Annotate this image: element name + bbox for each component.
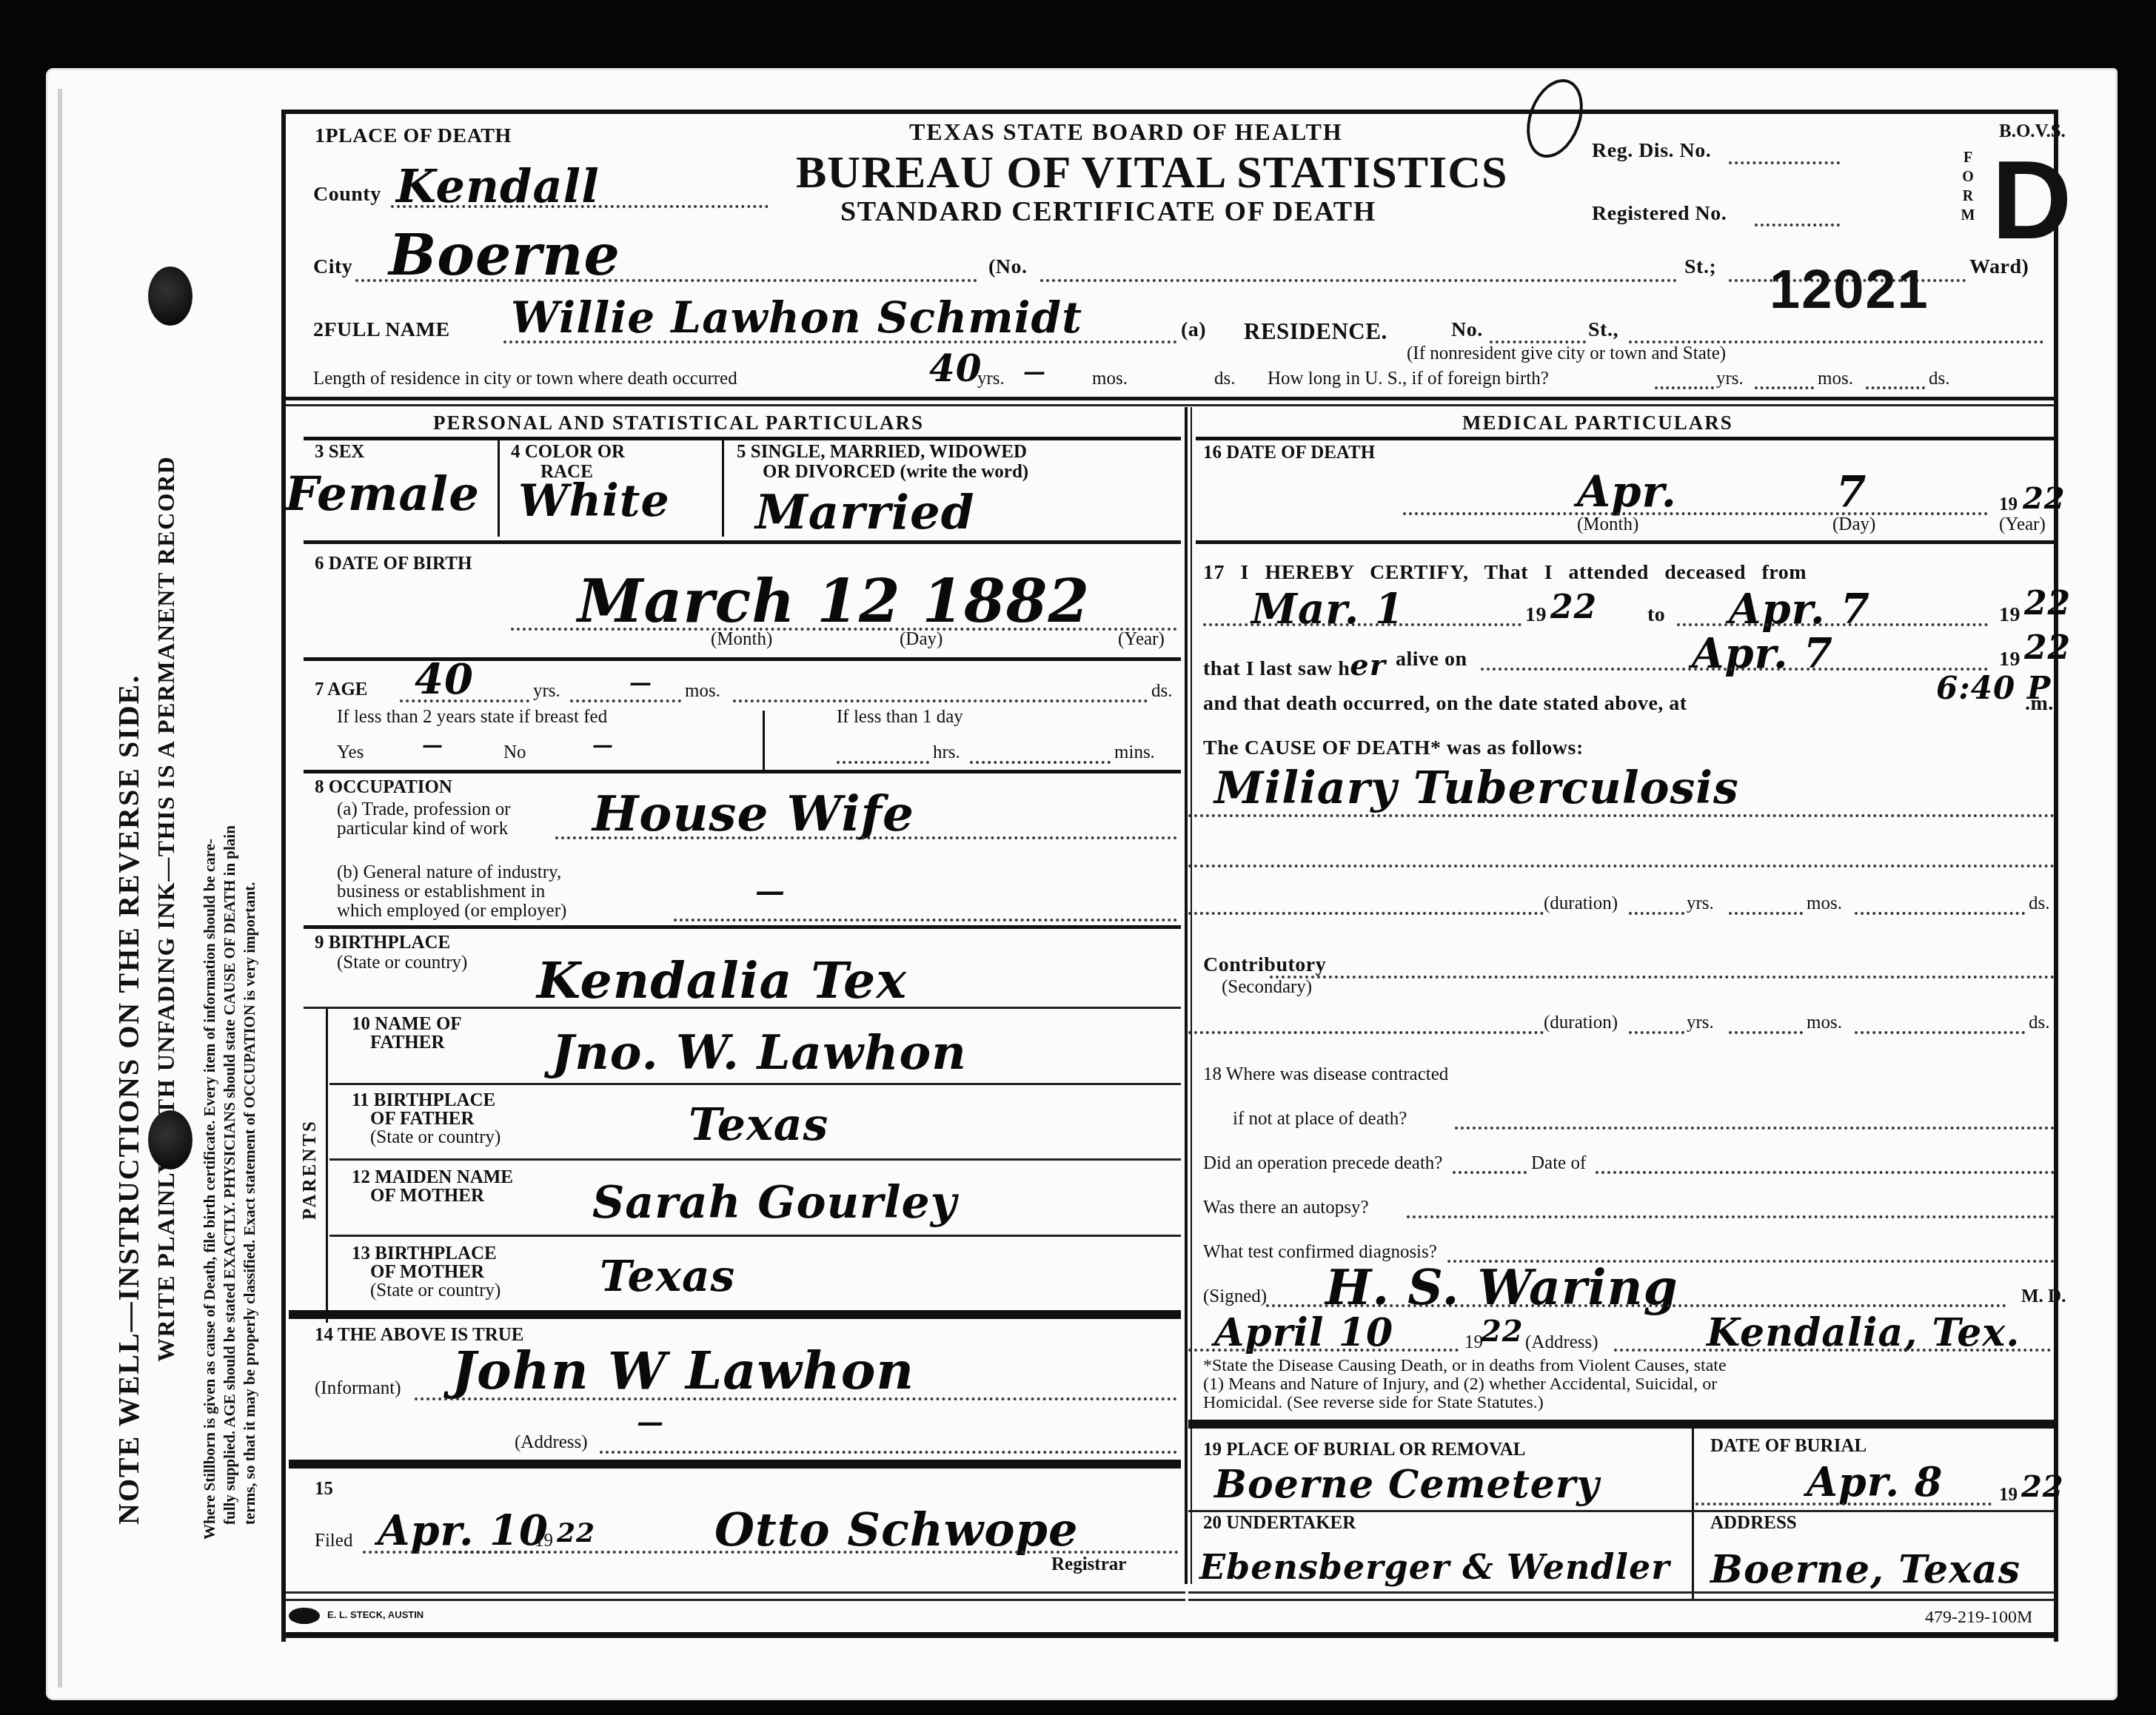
father-name-label: 10 NAME OF <box>352 1014 462 1035</box>
section-rule <box>1188 1420 2055 1429</box>
breast-fed-no-label: No <box>503 742 526 763</box>
burial-place-value[interactable]: Boerne Cemetery <box>1214 1462 1599 1507</box>
marital-status-value[interactable]: Married <box>755 485 975 540</box>
nonresident-note: (If nonresident give city or town and St… <box>1407 343 1726 364</box>
registrar-label: Registrar <box>1051 1554 1126 1575</box>
death-year-label: (Year) <box>1999 514 2046 535</box>
signature-line <box>1266 1304 2006 1307</box>
operation-field[interactable] <box>1453 1171 1527 1174</box>
column-divider <box>1185 407 1188 1584</box>
occupation-line <box>555 836 1177 839</box>
color-label: 4 COLOR OR <box>511 442 625 463</box>
parents-label: PARENTS <box>300 1119 321 1220</box>
last-saw-text: that I last saw h <box>1203 657 1350 680</box>
mins-label: mins. <box>1114 742 1155 763</box>
county-field-line <box>391 205 769 208</box>
filed-year-prefix: 19 <box>535 1531 553 1551</box>
industry-label-3: which employed (or employer) <box>337 901 566 922</box>
burial-place-label: 19 PLACE OF BURIAL OR REMOVAL <box>1203 1440 1525 1460</box>
registrar-line <box>453 1551 1179 1554</box>
duration-label: (duration) <box>1544 893 1618 914</box>
place-of-death-label: 1PLACE OF DEATH <box>315 124 512 148</box>
mother-birthplace-label-2: OF MOTHER <box>370 1262 484 1283</box>
dob-day-label: (Day) <box>900 629 943 650</box>
burial-year-value[interactable]: 22 <box>2021 1469 2064 1504</box>
mos-label: mos. <box>1092 369 1128 389</box>
section-rule <box>289 1460 1181 1469</box>
contrib-ds-field[interactable] <box>1855 1031 2025 1034</box>
informant-label: (Informant) <box>315 1378 401 1399</box>
full-name-field-line <box>503 340 1177 343</box>
hrs-field[interactable] <box>837 761 929 764</box>
death-month-label: (Month) <box>1577 514 1638 535</box>
father-birthplace-value[interactable]: Texas <box>689 1099 828 1151</box>
foreign-ds-label: ds. <box>1929 369 1949 389</box>
row-rule <box>329 1158 1181 1161</box>
occupation-label: 8 OCCUPATION <box>315 777 452 798</box>
breast-fed-yes-value[interactable]: — <box>422 733 443 757</box>
undertaker-label: 20 UNDERTAKER <box>1203 1513 1356 1534</box>
row-rule <box>329 1083 1181 1085</box>
physician-address-label: (Address) <box>1525 1332 1598 1353</box>
signed-year-value[interactable]: 22 <box>1481 1314 1524 1349</box>
birthplace-value[interactable]: Kendalia Tex <box>537 951 907 1010</box>
undertaker-value[interactable]: Ebensberger & Wendler <box>1199 1547 1670 1587</box>
death-year-prefix: 19 <box>1999 494 2018 515</box>
mins-field[interactable] <box>970 761 1111 764</box>
county-label: County <box>313 183 381 207</box>
color-divider <box>722 440 724 537</box>
attended-to-year-prefix: 19 <box>1999 603 2021 627</box>
death-month-value[interactable]: Apr. <box>1577 466 1677 517</box>
foreign-yrs-field[interactable] <box>1655 386 1714 389</box>
printer-logo-icon <box>289 1608 320 1624</box>
mother-name-value[interactable]: Sarah Gourley <box>592 1177 957 1229</box>
margin-instructions-1: Where Stillborn is given as cause of Dea… <box>200 839 219 1540</box>
breast-fed-yes-label: Yes <box>337 742 364 763</box>
row-rule <box>304 1007 1181 1009</box>
mother-birthplace-value[interactable]: Texas <box>600 1251 735 1301</box>
foreign-mos-field[interactable] <box>1755 386 1814 389</box>
duration-mos-label: mos. <box>1807 893 1842 914</box>
attended-from-year[interactable]: 22 <box>1550 588 1597 626</box>
contrib-mos-field[interactable] <box>1729 1031 1803 1034</box>
attended-from-line <box>1203 623 1521 626</box>
age-months-value[interactable]: — <box>629 670 652 696</box>
length-residence-years[interactable]: 40 <box>929 346 982 390</box>
sex-label: 3 SEX <box>315 442 364 463</box>
contrib-yrs-field[interactable] <box>1629 1031 1684 1034</box>
burial-divider <box>1692 1429 1694 1599</box>
cause-of-death-label: The CAUSE OF DEATH* was as follows: <box>1203 736 1584 760</box>
breast-fed-label: If less than 2 years state if breast fed <box>337 707 607 728</box>
reg-dis-label: Reg. Dis. No. <box>1592 139 1711 163</box>
personal-section-heading: PERSONAL AND STATISTICAL PARTICULARS <box>433 412 924 434</box>
form-bottom-border <box>281 1632 2058 1638</box>
header-divider <box>286 397 2054 400</box>
name-a-label: (a) <box>1181 318 1206 342</box>
ward-label: Ward) <box>1969 255 2029 279</box>
dob-field-line <box>511 628 1177 631</box>
signed-date-line <box>1188 1349 1459 1352</box>
age-ds-label: ds. <box>1151 681 1172 702</box>
row-rule <box>1196 540 2055 544</box>
dob-label: 6 DATE OF BIRTH <box>315 554 472 574</box>
age-years-value[interactable]: 40 <box>415 655 474 704</box>
duration-ds-label: ds. <box>2029 893 2049 914</box>
attended-to-year[interactable]: 22 <box>2024 585 2071 622</box>
registrar-signature[interactable]: Otto Schwope <box>714 1503 1078 1557</box>
sex-divider <box>498 440 500 537</box>
duration-yrs-field[interactable] <box>1629 912 1684 915</box>
breast-fed-no-value[interactable]: — <box>592 733 614 757</box>
foreign-birth-label: How long in U. S., if of foreign birth? <box>1268 369 1549 389</box>
signed-label: (Signed) <box>1203 1286 1267 1307</box>
informant-address-line <box>600 1451 1177 1454</box>
residence-st-label: St., <box>1588 318 1618 342</box>
date-of-death-label: 16 DATE OF DEATH <box>1203 443 1375 463</box>
age-divider <box>763 711 765 770</box>
row-rule <box>1188 1510 2055 1512</box>
age-yrs-label: yrs. <box>533 681 560 702</box>
mother-birthplace-sub: (State or country) <box>370 1281 500 1301</box>
father-birthplace-sub: (State or country) <box>370 1127 500 1148</box>
alive-on-label: alive on <box>1396 648 1467 671</box>
sex-value[interactable]: Female <box>285 466 480 522</box>
industry-line <box>674 919 1177 922</box>
street-no-label: (No. <box>988 255 1028 279</box>
father-name-value[interactable]: Jno. W. Lawhon <box>552 1025 967 1081</box>
header-divider-2 <box>286 404 2054 406</box>
mother-name-label-2: OF MOTHER <box>370 1186 484 1206</box>
medical-heading-rule <box>1196 437 2055 440</box>
certificate-number-stamp: 12021 <box>1770 258 1929 320</box>
full-name-value[interactable]: Willie Lawhon Schmidt <box>511 292 1082 343</box>
printer-imprint: E. L. STECK, AUSTIN <box>289 1608 423 1624</box>
contrib-duration-label: (duration) <box>1544 1013 1618 1033</box>
informant-line <box>415 1397 1177 1400</box>
attended-to-value[interactable]: Apr. 7 <box>1729 585 1870 634</box>
cause-line-2[interactable] <box>1188 865 2055 867</box>
color-value[interactable]: White <box>518 475 670 527</box>
death-time-label: and that death occurred, on the date sta… <box>1203 692 1687 716</box>
residence-no-label: No. <box>1451 318 1483 342</box>
duration-line <box>1188 912 1544 915</box>
undertaker-address-value[interactable]: Boerne, Texas <box>1710 1547 2021 1592</box>
informant-value[interactable]: John W Lawhon <box>452 1340 914 1401</box>
last-saw-year[interactable]: 22 <box>2024 629 2071 667</box>
contracted-field[interactable] <box>1455 1127 2055 1130</box>
death-time-meridiem: .m. <box>2025 692 2054 716</box>
form-vertical-label: FORM <box>1961 148 1975 225</box>
city-field-line <box>355 279 977 282</box>
reg-dis-field[interactable] <box>1729 161 1840 164</box>
age-mos-line <box>570 699 681 702</box>
burial-year-prefix: 19 <box>1999 1485 2018 1506</box>
contrib-mos-label: mos. <box>1807 1013 1842 1033</box>
autopsy-field[interactable] <box>1407 1215 2055 1218</box>
age-label: 7 AGE <box>315 679 368 700</box>
certify-statement: 17 I HEREBY CERTIFY, That I attended dec… <box>1203 561 1807 585</box>
section-rule <box>289 1310 1181 1319</box>
full-name-label: 2FULL NAME <box>313 318 450 342</box>
age-mos-label: mos. <box>685 681 720 702</box>
attended-to-line <box>1677 623 1988 626</box>
md-label: M. D. <box>2021 1286 2066 1307</box>
punch-hole-bottom <box>148 1110 192 1169</box>
printer-name: E. L. STECK, AUSTIN <box>327 1609 423 1620</box>
bottom-rule <box>286 1591 1185 1594</box>
cause-of-death-value[interactable]: Miliary Tuberculosis <box>1214 762 1739 814</box>
registered-field[interactable] <box>1755 224 1840 226</box>
footnote-line-3: Homicidal. (See reverse side for State S… <box>1203 1393 1544 1413</box>
marital-label: 5 SINGLE, MARRIED, WIDOWED <box>737 442 1027 463</box>
row-rule <box>304 925 1181 929</box>
form-letter: D <box>1992 144 2072 255</box>
undertaker-address-label: ADDRESS <box>1710 1513 1797 1534</box>
form-code: 479-219-100M <box>1925 1608 2032 1628</box>
item-15-label: 15 <box>315 1479 333 1500</box>
filed-date-value[interactable]: Apr. 10 <box>378 1506 549 1555</box>
length-residence-label: Length of residence in city or town wher… <box>313 369 737 389</box>
duration-yrs-label: yrs. <box>1687 893 1714 914</box>
contributory-field[interactable] <box>1270 976 2055 979</box>
dob-month-label: (Month) <box>711 629 772 650</box>
margin-write-plainly: WRITE PLAINLY WITH UNFADING INK—THIS IS … <box>153 456 180 1362</box>
filed-year-value[interactable]: 22 <box>557 1517 595 1548</box>
contracted-label: 18 Where was disease contracted <box>1203 1064 1448 1085</box>
paper-edge <box>58 89 62 1688</box>
foreign-yrs-label: yrs. <box>1716 369 1744 389</box>
margin-instructions-3: terms, so that it may be properly classi… <box>240 882 259 1525</box>
row-rule <box>304 540 1181 544</box>
informant-address-label: (Address) <box>515 1432 588 1453</box>
industry-label-2: business or establishment in <box>337 882 545 902</box>
mother-name-label: 12 MAIDEN NAME <box>352 1167 513 1188</box>
bottom-rule-2 <box>286 1599 1185 1601</box>
less-than-day-label: If less than 1 day <box>837 707 963 728</box>
footnote-line-2: (1) Means and Nature of Injury, and (2) … <box>1203 1375 1717 1395</box>
operation-date-field[interactable] <box>1596 1171 2055 1174</box>
certificate-title: STANDARD CERTIFICATE OF DEATH <box>840 195 1376 228</box>
ds-label: ds. <box>1214 369 1235 389</box>
to-label: to <box>1647 603 1665 627</box>
duration-ds-field[interactable] <box>1855 912 2025 915</box>
street-label: St.; <box>1684 255 1716 279</box>
death-day-label: (Day) <box>1832 514 1875 535</box>
physician-signature[interactable]: H. S. Waring <box>1325 1258 1678 1316</box>
personal-heading-rule <box>304 437 1181 440</box>
contributory-sub: (Secondary) <box>1222 977 1312 998</box>
yrs-label: yrs. <box>977 369 1005 389</box>
operation-label: Did an operation precede death? <box>1203 1153 1442 1174</box>
contrib-duration-line <box>1188 1031 1544 1034</box>
autopsy-label: Was there an autopsy? <box>1203 1198 1369 1218</box>
filed-label: Filed <box>315 1531 352 1551</box>
last-saw-date-value[interactable]: Apr. 7 <box>1692 629 1833 678</box>
father-birthplace-label: 11 BIRTHPLACE <box>352 1090 495 1111</box>
last-saw-year-prefix: 19 <box>1999 648 2021 671</box>
punch-hole-top <box>148 266 192 326</box>
row-rule <box>304 770 1181 773</box>
registered-label: Registered No. <box>1592 202 1727 226</box>
hrs-label: hrs. <box>933 742 960 763</box>
column-divider-2 <box>1191 407 1192 1584</box>
marital-label-2: OR DIVORCED (write the word) <box>763 462 1028 483</box>
occupation-a-label: (a) Trade, profession or <box>337 799 511 820</box>
burial-date-line <box>1695 1503 1992 1506</box>
death-date-line <box>1403 512 1988 515</box>
informant-address-value[interactable]: — <box>637 1406 664 1437</box>
last-saw-pronoun[interactable]: er <box>1350 648 1386 682</box>
board-title: TEXAS STATE BOARD OF HEALTH <box>909 118 1343 146</box>
age-yrs-line <box>400 699 529 702</box>
contrib-yrs-label: yrs. <box>1687 1013 1714 1033</box>
medical-section-heading: MEDICAL PARTICULARS <box>1462 412 1733 434</box>
foreign-ds-field[interactable] <box>1866 386 1925 389</box>
residence-label: RESIDENCE. <box>1244 318 1387 345</box>
father-name-label-2: FATHER <box>370 1033 444 1053</box>
street-no-field[interactable] <box>1040 279 1677 282</box>
burial-date-label: DATE OF BURIAL <box>1710 1436 1867 1457</box>
dob-value[interactable]: March 12 1882 <box>577 566 1090 636</box>
death-year-value[interactable]: 22 <box>2023 481 2066 516</box>
contributory-label: Contributory <box>1203 953 1326 977</box>
city-label: City <box>313 255 352 279</box>
bureau-title: BUREAU OF VITAL STATISTICS <box>796 147 1507 199</box>
death-day-value[interactable]: 7 <box>1836 466 1867 517</box>
attended-from-year-prefix: 19 <box>1525 603 1547 627</box>
contracted-sub: if not at place of death? <box>1233 1109 1407 1130</box>
foreign-mos-label: mos. <box>1818 369 1853 389</box>
cause-line-1 <box>1188 814 2055 817</box>
footnote-line-1: *State the Disease Causing Death, or in … <box>1203 1356 1727 1376</box>
birthplace-sub: (State or country) <box>337 953 467 973</box>
duration-mos-field[interactable] <box>1729 912 1803 915</box>
city-value[interactable]: Boerne <box>389 222 620 288</box>
row-rule <box>329 1235 1181 1237</box>
margin-instructions-2: fully supplied. AGE should be stated EXA… <box>220 825 239 1525</box>
parents-divider <box>326 1008 328 1323</box>
attended-from-value[interactable]: Mar. 1 <box>1251 585 1405 634</box>
industry-label: (b) General nature of industry, <box>337 862 561 883</box>
occupation-value[interactable]: House Wife <box>592 785 914 842</box>
bottom-rule <box>1188 1591 2055 1594</box>
age-ds-field[interactable] <box>733 699 1148 702</box>
margin-note-well: NOTE WELL—INSTRUCTIONS ON THE REVERSE SI… <box>111 674 146 1525</box>
burial-date-value[interactable]: Apr. 8 <box>1807 1458 1943 1506</box>
last-saw-label: that I last saw her <box>1203 648 1386 682</box>
bottom-rule-2 <box>1188 1599 2055 1601</box>
last-saw-line <box>1481 668 1988 671</box>
birthplace-label: 9 BIRTHPLACE <box>315 933 450 953</box>
mother-birthplace-label: 13 BIRTHPLACE <box>352 1244 497 1264</box>
length-residence-months[interactable]: — <box>1023 359 1046 385</box>
dob-year-label: (Year) <box>1118 629 1165 650</box>
occupation-a-label-2: particular kind of work <box>337 819 508 839</box>
physician-address-line <box>1614 1349 2051 1352</box>
operation-date-label: Date of <box>1531 1153 1586 1174</box>
industry-value[interactable]: — <box>755 873 786 908</box>
father-birthplace-label-2: OF FATHER <box>370 1109 475 1130</box>
contrib-ds-label: ds. <box>2029 1013 2049 1033</box>
